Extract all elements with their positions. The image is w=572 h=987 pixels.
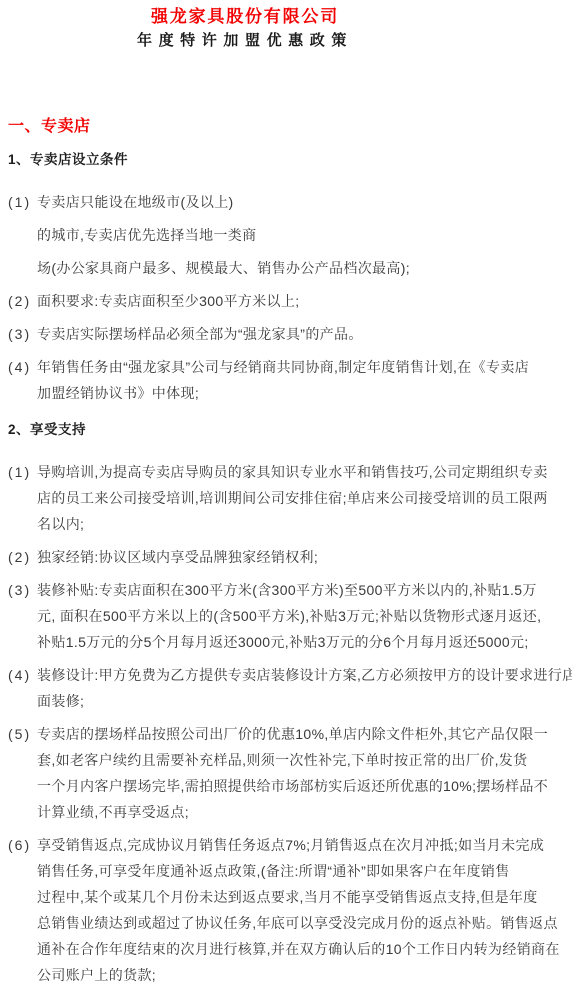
policy-item: (1)导购培训,为提高专卖店导购员的家具知识专业水平和销售技巧,公司定期组织专卖… <box>8 459 566 537</box>
policy-item: (3)专卖店实际摆场样品必须全部为“强龙家具”的产品。 <box>8 321 566 347</box>
policy-line: 装修补贴:专卖店面积在300平方米(含300平方米)至500平方米以内的,补贴1… <box>37 577 566 603</box>
policy-line: 通补在合作年度结束的次月进行核算,并在双方确认后的10个工作日内转为经销商在 <box>37 936 566 962</box>
item-marker: (3) <box>8 577 31 603</box>
policy-line: 专卖店实际摆场样品必须全部为“强龙家具”的产品。 <box>37 321 566 347</box>
item-lines: 年销售任务由“强龙家具”公司与经销商共同协商,制定年度销售计划,在《专卖店加盟经… <box>37 354 566 406</box>
policy-line: 店的员工来公司接受培训,培训期间公司安排住宿;单店来公司接受培训的员工限两 <box>37 485 566 511</box>
subsection-heading-2: 2、享受支持 <box>8 422 566 438</box>
item-marker: (6) <box>8 832 31 858</box>
policy-line: 面装修; <box>37 688 566 714</box>
policy-line: 一个月内客户摆场完毕,需拍照提供给市场部枋实后返还所优惠的10%;摆场样品不 <box>37 773 566 799</box>
policy-item: (1)专卖店只能设在地级市(及以上)的城市,专卖店优先选择当地一类商场(办公家具… <box>8 189 566 281</box>
item-marker: (1) <box>8 189 31 215</box>
policy-line: 过程中,某个或某几个月份未达到返点要求,当月不能享受销售返点支持,但是年度 <box>37 884 566 910</box>
policy-line: 计算业绩,不再享受返点; <box>37 799 566 825</box>
policy-item: (5)专卖店的摆场样品按照公司出厂价的优惠10%,单店内除文件柜外,其它产品仅限… <box>8 721 566 825</box>
item-marker: (4) <box>8 354 31 380</box>
policy-line: 享受销售返点,完成协议月销售任务返点7%;月销售返点在次月冲抵;如当月未完成 <box>37 832 566 858</box>
policy-item: (2)面积要求:专卖店面积至少300平方米以上; <box>8 288 566 314</box>
policy-line: 独家经销:协议区域内享受品牌独家经销权利; <box>37 544 566 570</box>
item-marker: (1) <box>8 459 31 485</box>
item-lines: 专卖店实际摆场样品必须全部为“强龙家具”的产品。 <box>37 321 566 347</box>
policy-line: 套,如老客户续约且需要补充样品,则须一次性补完,下单时按正常的出厂价,发货 <box>37 747 566 773</box>
document-page: 强龙家具股份有限公司 年度特许加盟优惠政策 一、专卖店 1、专卖店设立条件(1)… <box>0 0 572 987</box>
item-marker: (2) <box>8 544 31 570</box>
document-subtitle: 年度特许加盟优惠政策 <box>8 33 482 49</box>
item-marker: (2) <box>8 288 31 314</box>
policy-line: 加盟经销协议书》中体现; <box>37 380 566 406</box>
policy-line: 的城市,专卖店优先选择当地一类商 <box>37 222 566 248</box>
policy-line: 场(办公家具商户最多、规模最大、销售办公产品档次最高); <box>37 255 566 281</box>
item-lines: 独家经销:协议区域内享受品牌独家经销权利; <box>37 544 566 570</box>
policy-item: (4)年销售任务由“强龙家具”公司与经销商共同协商,制定年度销售计划,在《专卖店… <box>8 354 566 406</box>
subsection-heading-1: 1、专卖店设立条件 <box>8 152 566 168</box>
policy-item: (6)享受销售返点,完成协议月销售任务返点7%;月销售返点在次月冲抵;如当月未完… <box>8 832 566 987</box>
policy-body: 1、专卖店设立条件(1)专卖店只能设在地级市(及以上)的城市,专卖店优先选择当地… <box>8 152 566 987</box>
item-marker: (4) <box>8 662 31 688</box>
title-block: 强龙家具股份有限公司 年度特许加盟优惠政策 <box>8 8 482 49</box>
policy-item: (3)装修补贴:专卖店面积在300平方米(含300平方米)至500平方米以内的,… <box>8 577 566 655</box>
section-heading: 一、专卖店 <box>8 118 566 136</box>
policy-line: 总销售业绩达到或超过了协议任务,年底可以享受没完成月份的返点补贴。销售返点 <box>37 910 566 936</box>
item-lines: 装修设计:甲方免费为乙方提供专卖店装修设计方案,乙方必须按甲方的设计要求进行店面… <box>37 662 566 714</box>
policy-line: 销售任务,可享受年度通补返点政策,(备注:所谓“通补”即如果客户在年度销售 <box>37 858 566 884</box>
policy-line: 导购培训,为提高专卖店导购员的家具知识专业水平和销售技巧,公司定期组织专卖 <box>37 459 566 485</box>
item-marker: (5) <box>8 721 31 747</box>
item-lines: 专卖店只能设在地级市(及以上)的城市,专卖店优先选择当地一类商场(办公家具商户最… <box>37 189 566 281</box>
item-lines: 装修补贴:专卖店面积在300平方米(含300平方米)至500平方米以内的,补贴1… <box>37 577 566 655</box>
policy-line: 公司账户上的货款; <box>37 962 566 987</box>
policy-line: 年销售任务由“强龙家具”公司与经销商共同协商,制定年度销售计划,在《专卖店 <box>37 354 566 380</box>
policy-line: 元, 面积在500平方米以上的(含500平方米),补贴3万元;补贴以货物形式逐月… <box>37 603 566 629</box>
policy-line: 补贴1.5万元的分5个月每月返还3000元,补贴3万元的分6个月每月返还5000… <box>37 629 566 655</box>
item-lines: 享受销售返点,完成协议月销售任务返点7%;月销售返点在次月冲抵;如当月未完成销售… <box>37 832 566 987</box>
policy-line: 面积要求:专卖店面积至少300平方米以上; <box>37 288 566 314</box>
policy-line: 名以内; <box>37 511 566 537</box>
item-marker: (3) <box>8 321 31 347</box>
policy-item: (2)独家经销:协议区域内享受品牌独家经销权利; <box>8 544 566 570</box>
document-title: 强龙家具股份有限公司 <box>8 8 482 25</box>
policy-line: 专卖店只能设在地级市(及以上) <box>37 189 566 215</box>
policy-item: (4)装修设计:甲方免费为乙方提供专卖店装修设计方案,乙方必须按甲方的设计要求进… <box>8 662 566 714</box>
policy-line: 装修设计:甲方免费为乙方提供专卖店装修设计方案,乙方必须按甲方的设计要求进行店 <box>37 662 566 688</box>
item-lines: 导购培训,为提高专卖店导购员的家具知识专业水平和销售技巧,公司定期组织专卖店的员… <box>37 459 566 537</box>
item-lines: 专卖店的摆场样品按照公司出厂价的优惠10%,单店内除文件柜外,其它产品仅限一套,… <box>37 721 566 825</box>
item-lines: 面积要求:专卖店面积至少300平方米以上; <box>37 288 566 314</box>
policy-line: 专卖店的摆场样品按照公司出厂价的优惠10%,单店内除文件柜外,其它产品仅限一 <box>37 721 566 747</box>
